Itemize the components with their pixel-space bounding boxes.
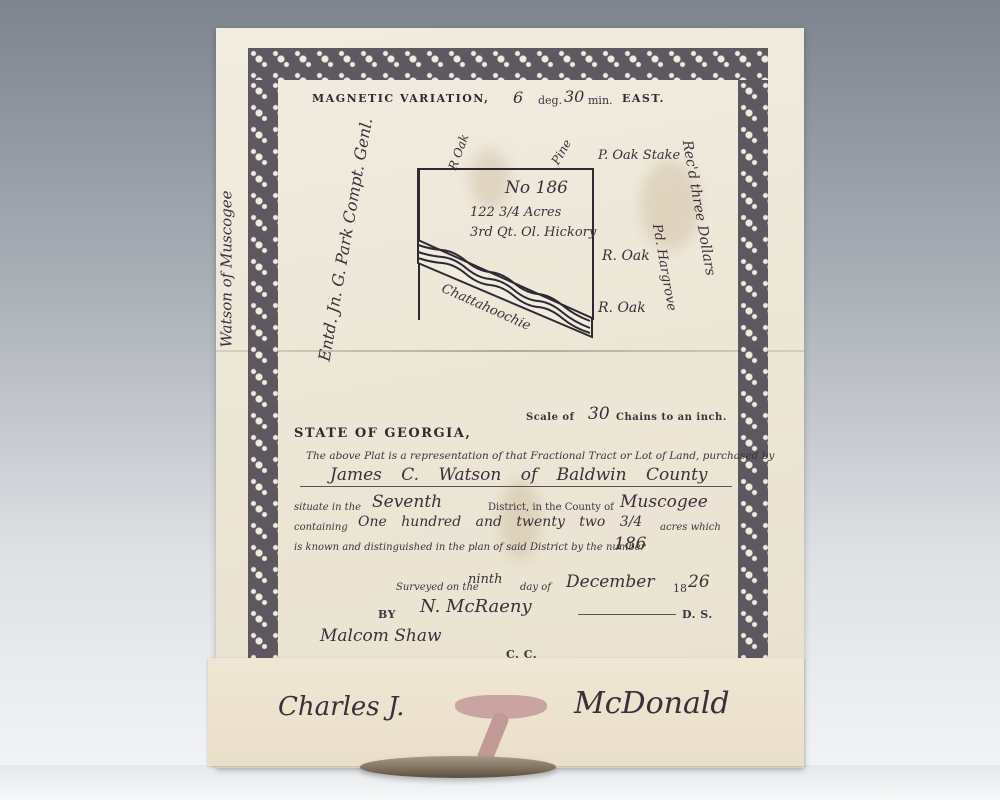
day-of: day of	[520, 582, 551, 593]
corner-label-p-oak-stake: P. Oak Stake	[598, 148, 680, 163]
variation-degrees: 6	[513, 88, 523, 107]
state-heading: STATE OF GEORGIA,	[294, 426, 471, 441]
signature-first-name: Charles J.	[278, 692, 405, 722]
deg-label: deg.	[538, 94, 562, 107]
area-written: One hundred and twenty two 3/4	[358, 514, 642, 530]
scale-suffix: Chains to an inch.	[616, 412, 727, 423]
district-mid: District, in the County of	[488, 502, 614, 513]
known-line: is known and distinguished in the plan o…	[294, 542, 645, 553]
rule	[300, 486, 732, 487]
body-line-intro: The above Plat is a representation of th…	[306, 450, 774, 462]
fold-crease	[216, 350, 804, 352]
survey-day: ninth	[468, 572, 503, 587]
lot-number: No 186	[505, 178, 568, 198]
direction-label: EAST.	[622, 92, 665, 105]
situate-prefix: situate in the	[294, 502, 361, 513]
ornamental-border-top	[248, 48, 768, 80]
ornamental-border-right	[738, 80, 768, 660]
corner-label-r-oak-2: R. Oak	[598, 300, 646, 316]
variation-minutes: 30	[564, 87, 584, 106]
magnetic-variation-label: MAGNETIC VARIATION,	[312, 92, 490, 105]
acreage: 122 3/4 Acres	[470, 205, 561, 220]
survey-month: December	[566, 572, 654, 592]
surveyed-prefix: Surveyed on the	[396, 582, 479, 593]
purchaser-name: James C. Watson of Baldwin County	[330, 465, 708, 485]
ornamental-border-left	[248, 80, 278, 660]
scale-value: 30	[588, 404, 610, 424]
min-label: min.	[588, 94, 613, 107]
surveyor-name: N. McRaeny	[420, 596, 532, 617]
margin-note-left: Watson of Muscogee	[218, 190, 236, 347]
wax-seal	[360, 756, 556, 778]
land-quality: 3rd Qt. Ol. Hickory	[470, 225, 596, 240]
lot-number-body: 186	[614, 534, 646, 554]
county-value: Muscogee	[620, 492, 708, 512]
ds-label: D. S.	[682, 608, 713, 621]
year-suffix: 26	[688, 572, 710, 592]
corner-label-r-oak: R. Oak	[602, 248, 650, 264]
containing-prefix: containing	[294, 522, 348, 533]
year-prefix: 18	[673, 582, 687, 595]
rule	[578, 614, 676, 615]
scale-prefix: Scale of	[526, 412, 574, 423]
district-value: Seventh	[372, 492, 442, 512]
area-suffix: acres which	[660, 522, 721, 533]
chain-carrier-name: Malcom Shaw	[320, 626, 442, 646]
by-label: BY	[378, 608, 396, 621]
signature-last-name: McDonald	[574, 686, 730, 721]
